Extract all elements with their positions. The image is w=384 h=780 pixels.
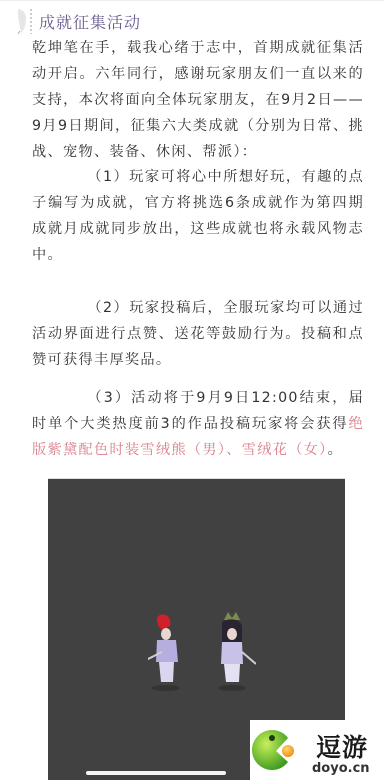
rule-3-end: 。 bbox=[328, 442, 344, 458]
female-character-sprite bbox=[212, 612, 256, 692]
watermark-brand-en: doyo.cn bbox=[312, 761, 370, 776]
intro-paragraph: 乾坤笔在手，载我心绪于志中，首期成就征集活动开启。六年同行，感谢玩家朋友们一直以… bbox=[32, 35, 364, 165]
section-header: 成就征集活动 bbox=[0, 0, 384, 37]
section-title: 成就征集活动 bbox=[39, 10, 141, 33]
rule-1-paragraph: （1）玩家可将心中所想好玩，有趣的点子编写为成就，官方将挑选6条成就作为第四期成… bbox=[32, 164, 364, 268]
pacman-logo-icon bbox=[250, 724, 300, 774]
feather-icon bbox=[14, 7, 34, 35]
watermark-brand-cn: 逗游 bbox=[316, 728, 368, 764]
rule-2-paragraph: （2）玩家投稿后，全服玩家均可以通过活动界面进行点赞、送花等鼓励行为。投稿和点赞… bbox=[32, 295, 364, 373]
horizontal-scrollbar[interactable] bbox=[86, 771, 226, 775]
rule-3-paragraph: （3）活动将于9月9日12:00结束，届时单个大类热度前3的作品投稿玩家将会获得… bbox=[32, 385, 364, 463]
rule-3-text: （3）活动将于9月9日12:00结束，届时单个大类热度前3的作品投稿玩家将会获得 bbox=[32, 390, 364, 432]
male-character-sprite bbox=[148, 612, 188, 692]
